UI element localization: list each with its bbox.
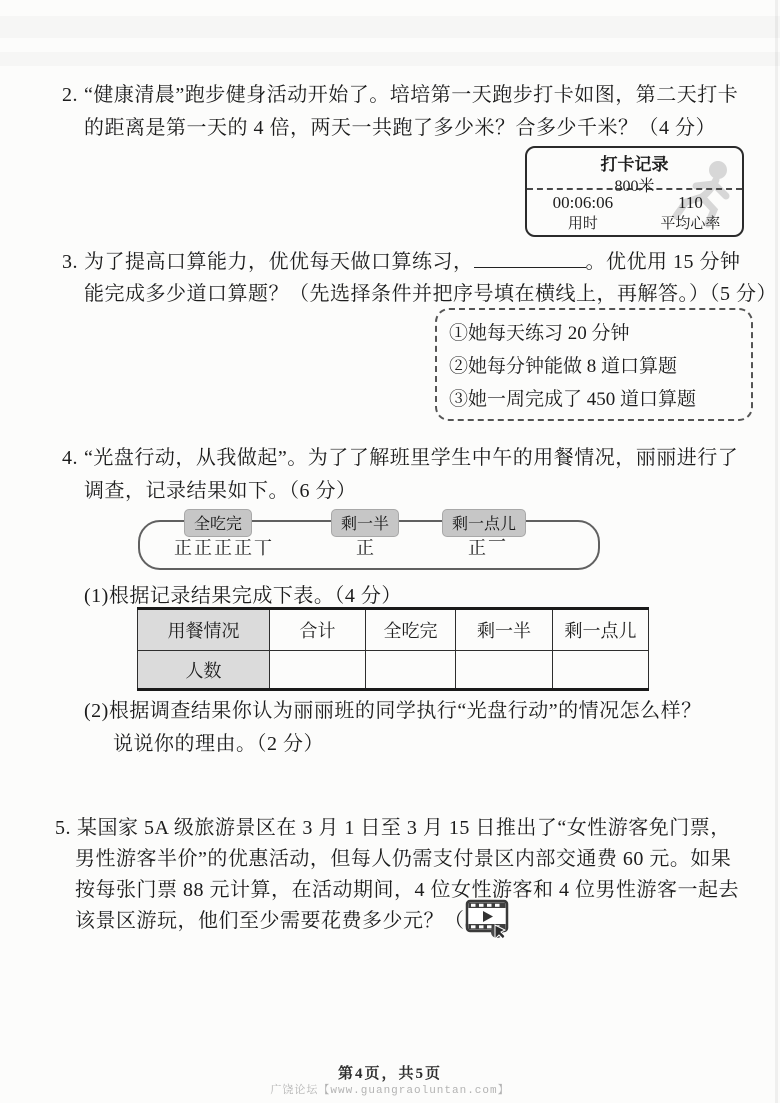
page-number: 第4页，共5页 [0,1062,780,1083]
table-empty-cell [553,651,649,690]
answer-blank [474,249,586,268]
q3-line1-after: 。优优用 15 分钟 [586,251,741,273]
table-row-label: 人数 [138,651,270,690]
tally-marks-half-left: 正 [356,534,376,560]
q4-line2-text: 调查，记录结果如下。（6 分） [84,480,357,502]
table-header-little-left: 剩一点儿 [553,609,649,651]
card-title: 打卡记录 [527,150,742,175]
q5-line4: 该景区游玩，他们至少需要花费多少元？（5 分） [75,909,522,933]
q4-line1: 4.“光盘行动，从我做起”。为了了解班里学生中午的用餐情况，丽丽进行了 [62,446,738,470]
table-header-category: 用餐情况 [138,609,270,651]
video-icon [465,899,515,943]
table-empty-cell [456,651,553,690]
q2-line1: 2.“健康清晨”跑步健身活动开始了。培培第一天跑步打卡如图，第二天打卡 [62,83,738,107]
condition-2: ②她每分钟能做 8 道口算题 [449,351,741,378]
scan-band [0,16,780,38]
q5-line4-text: 该景区游玩，他们至少需要花费多少元？（5 分） [75,910,522,932]
q4-sub2-line2: 说说你的理由。（2 分） [113,732,324,756]
table-body-row: 人数 [138,651,649,690]
q4-line1-text: “光盘行动，从我做起”。为了了解班里学生中午的用餐情况，丽丽进行了 [84,447,738,469]
card-time: 00:06:06 用时 [527,193,639,233]
tally-panel: 全吃完 剩一半 剩一点儿 正正正正丅 正 正一 [138,520,600,570]
table-header-all-eaten: 全吃完 [366,609,456,651]
q5-number: 5. [55,817,71,839]
q3-line1: 3.为了提高口算能力，优优每天做口算练习，。优优用 15 分钟 [62,249,741,274]
q5-line3: 按每张门票 88 元计算，在活动期间，4 位女性游客和 4 位男性游客一起去 [75,878,739,902]
card-stats: 00:06:06 用时 110 平均心率 [527,193,742,233]
q4-sub2-line2-text: 说说你的理由。（2 分） [113,733,324,755]
card-heart-value: 110 [639,193,742,213]
q2-line1-text: “健康清晨”跑步健身活动开始了。培培第一天跑步打卡如图，第二天打卡 [84,84,738,106]
q5-line2: 男性游客半价”的优惠活动，但每人仍需支付景区内部交通费 60 元。如果 [75,847,731,871]
q2-number: 2. [62,84,78,106]
condition-1: ①她每天练习 20 分钟 [449,318,741,345]
q3-line2-text: 能完成多少道口算题？（先选择条件并把序号填在横线上，再解答。）（5 分） [84,283,777,305]
condition-box: ①她每天练习 20 分钟 ②她每分钟能做 8 道口算题 ③她一周完成了 450 … [435,308,753,421]
q3-number: 3. [62,251,78,273]
q4-line2: 调查，记录结果如下。（6 分） [84,479,357,503]
table-empty-cell [270,651,366,690]
tally-label-half-left: 剩一半 [331,509,399,537]
table-empty-cell [366,651,456,690]
card-time-value: 00:06:06 [527,193,639,213]
q5-line2-text: 男性游客半价”的优惠活动，但每人仍需支付景区内部交通费 60 元。如果 [75,848,731,870]
q5-line1-text: 某国家 5A 级旅游景区在 3 月 1 日至 3 月 15 日推出了“女性游客免… [77,817,731,839]
card-header: 打卡记录 800米 [527,150,742,190]
q5-line1: 5.某国家 5A 级旅游景区在 3 月 1 日至 3 月 15 日推出了“女性游… [55,816,731,840]
q3-line2: 能完成多少道口算题？（先选择条件并把序号填在横线上，再解答。）（5 分） [84,282,777,306]
tally-marks-little-left: 正一 [468,534,506,560]
table-header-row: 用餐情况 合计 全吃完 剩一半 剩一点儿 [138,609,649,651]
card-heart-label: 平均心率 [639,212,742,233]
run-record-card: 打卡记录 800米 00:06:06 用时 110 平均心率 [525,146,744,237]
q3-line1-before: 为了提高口算能力，优优每天做口算练习， [84,251,474,273]
tally-partial-stroke: 一 [488,532,506,552]
q2-line2: 的距离是第一天的 4 倍，两天一共跑了多少米？合多少千米？（4 分） [84,116,716,140]
q4-number: 4. [62,447,78,469]
table-header-half-left: 剩一半 [456,609,553,651]
q2-line2-text: 的距离是第一天的 4 倍，两天一共跑了多少米？合多少千米？（4 分） [84,117,716,139]
q4-sub1: (1)根据记录结果完成下表。（4 分） [84,584,402,608]
q4-sub2-line1-text: (2)根据调查结果你认为丽丽班的同学执行“光盘行动”的情况怎么样？ [84,700,702,722]
tally-marks-all-eaten: 正正正正丅 [174,534,274,560]
scan-band [0,52,780,66]
watermark-site: 广饶论坛【www.guangraoluntan.com】 [0,1081,780,1097]
q4-sub1-text: (1)根据记录结果完成下表。（4 分） [84,585,402,607]
condition-3: ③她一周完成了 450 道口算题 [449,384,741,411]
q4-sub2-line1: (2)根据调查结果你认为丽丽班的同学执行“光盘行动”的情况怎么样？ [84,699,702,723]
card-time-label: 用时 [527,212,639,233]
q5-line3-text: 按每张门票 88 元计算，在活动期间，4 位女性游客和 4 位男性游客一起去 [75,879,739,901]
scan-edge-shade [775,0,778,1103]
tally-label-all-eaten: 全吃完 [184,509,252,537]
tally-label-little-left: 剩一点儿 [442,509,526,537]
card-heart: 110 平均心率 [639,193,742,233]
meal-survey-table: 用餐情况 合计 全吃完 剩一半 剩一点儿 人数 [137,607,649,691]
table-header-total: 合计 [270,609,366,651]
